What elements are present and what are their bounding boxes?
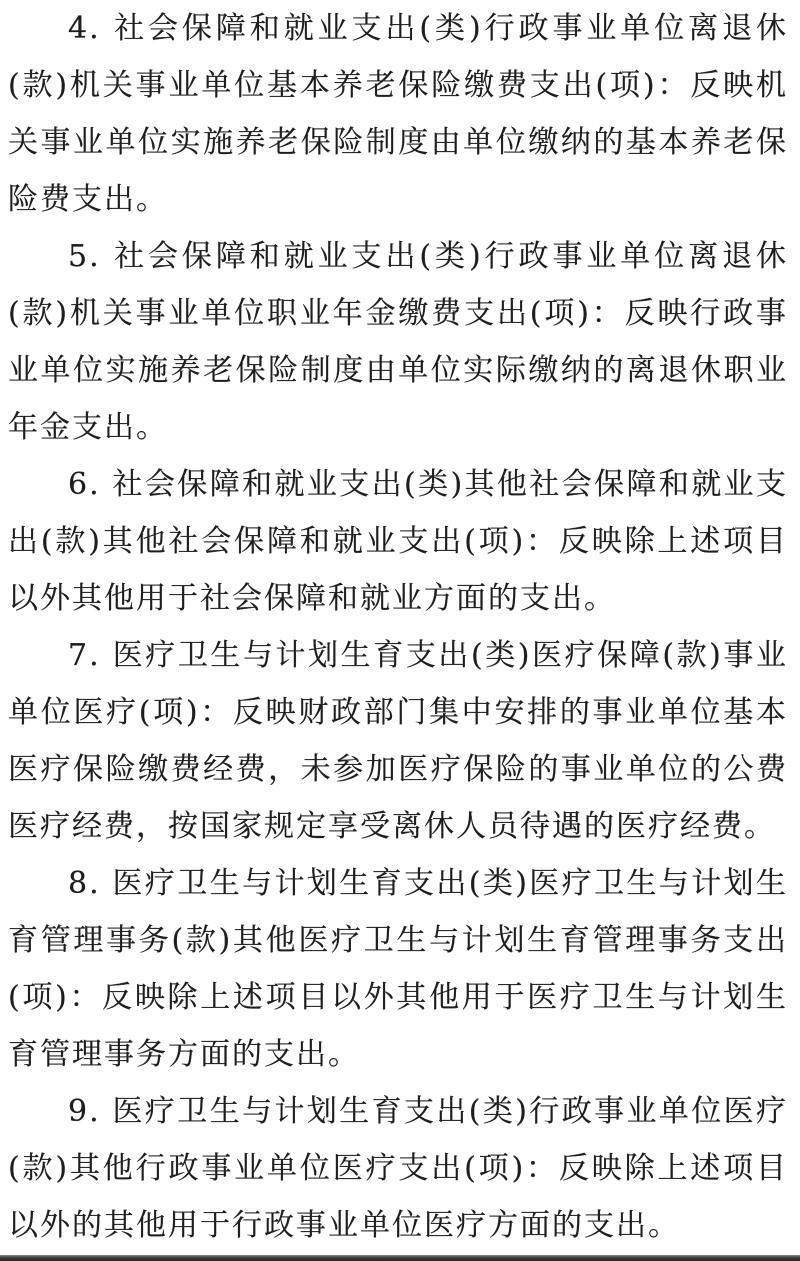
paragraph-4: 4. 社会保障和就业支出(类)行政事业单位离退休(款)机关事业单位基本养老保险缴… xyxy=(8,0,788,228)
paragraph-8: 8. 医疗卫生与计划生育支出(类)医疗卫生与计划生育管理事务(款)其他医疗卫生与… xyxy=(8,855,788,1083)
document-page: 4. 社会保障和就业支出(类)行政事业单位离退休(款)机关事业单位基本养老保险缴… xyxy=(0,0,800,1261)
scan-edge-artifact xyxy=(0,1255,800,1261)
paragraph-6: 6. 社会保障和就业支出(类)其他社会保障和就业支出(款)其他社会保障和就业支出… xyxy=(8,456,788,627)
paragraph-7: 7. 医疗卫生与计划生育支出(类)医疗保障(款)事业单位医疗(项)：反映财政部门… xyxy=(8,627,788,855)
paragraph-9: 9. 医疗卫生与计划生育支出(类)行政事业单位医疗(款)其他行政事业单位医疗支出… xyxy=(8,1083,788,1254)
document-body: 4. 社会保障和就业支出(类)行政事业单位离退休(款)机关事业单位基本养老保险缴… xyxy=(8,0,788,1254)
paragraph-5: 5. 社会保障和就业支出(类)行政事业单位离退休(款)机关事业单位职业年金缴费支… xyxy=(8,228,788,456)
